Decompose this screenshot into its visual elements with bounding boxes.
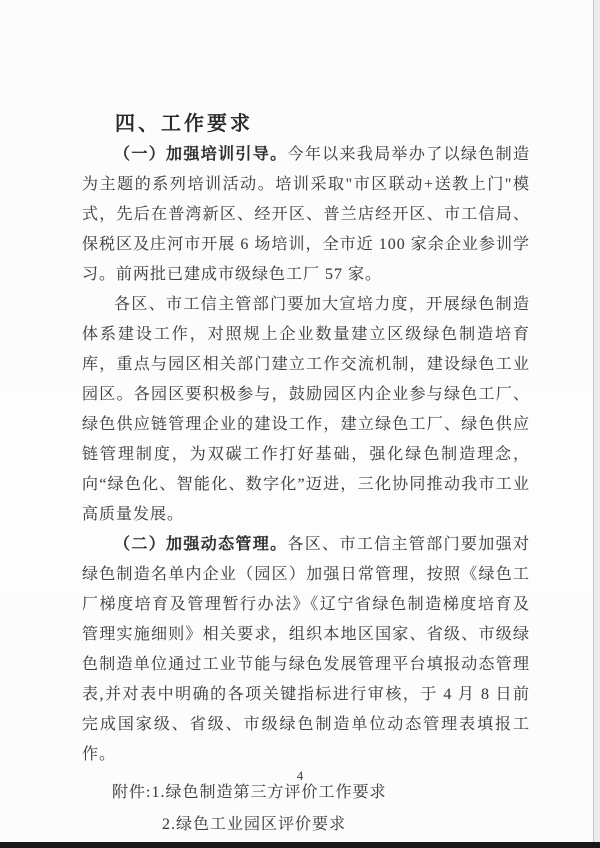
paragraph-training-guidance: （一）加强培训引导。今年以来我局举办了以绿色制造为主题的系列培训活动。培训采取"… — [82, 140, 530, 290]
scan-bottom-edge — [0, 842, 600, 848]
paragraph-lead-3: （二）加强动态管理。 — [114, 536, 287, 553]
paragraph-text-3: 各区、市工信主管部门要加强对绿色制造名单内企业（园区）加强日常管理，按照《绿色工… — [82, 536, 530, 763]
document-body: 四、工作要求 （一）加强培训引导。今年以来我局举办了以绿色制造为主题的系列培训活… — [82, 108, 530, 841]
paragraph-green-system: 各区、市工信主管部门要加大宣培力度，开展绿色制造体系建设工作，对照规上企业数量建… — [82, 290, 530, 530]
attachment-item-1: 1.绿色制造第三方评价工作要求 — [151, 784, 386, 801]
paragraph-dynamic-management: （二）加强动态管理。各区、市工信主管部门要加强对绿色制造名单内企业（园区）加强日… — [82, 530, 530, 770]
scan-right-edge — [593, 0, 600, 848]
scanned-document-page: 四、工作要求 （一）加强培训引导。今年以来我局举办了以绿色制造为主题的系列培训活… — [0, 0, 600, 848]
attachments-block: 附件:1.绿色制造第三方评价工作要求 2.绿色工业园区评价要求 — [82, 777, 530, 841]
paragraph-text-2: 各区、市工信主管部门要加大宣培力度，开展绿色制造体系建设工作，对照规上企业数量建… — [82, 296, 530, 523]
page-number: 4 — [0, 768, 600, 784]
attachments-label: 附件: — [112, 784, 151, 801]
attachment-line-2: 2.绿色工业园区评价要求 — [112, 809, 530, 841]
attachment-item-2: 2.绿色工业园区评价要求 — [162, 816, 346, 833]
section-heading: 四、工作要求 — [115, 108, 530, 140]
paragraph-text-1: 今年以来我局举办了以绿色制造为主题的系列培训活动。培训采取"市区联动+送教上门"… — [82, 146, 530, 283]
paragraph-lead-1: （一）加强培训引导。 — [114, 146, 287, 163]
